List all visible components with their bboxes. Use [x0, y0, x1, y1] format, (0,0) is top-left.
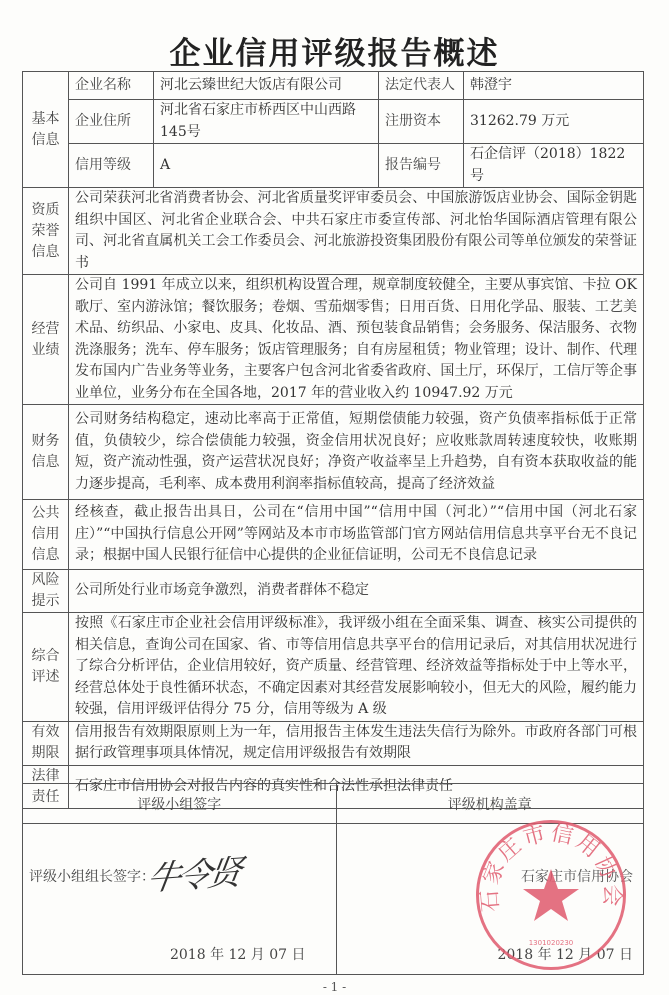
section-label-financial-info: 财务信息 — [23, 405, 69, 500]
signature-header-right: 评级机构盖章 — [336, 784, 644, 824]
field-label-address: 企业住所 — [69, 100, 154, 144]
table-row: 风险提示 公司所处行业市场竞争激烈，消费者群体不稳定 — [23, 570, 644, 613]
field-label-registered-capital: 注册资本 — [379, 100, 464, 144]
org-name: 石家庄市信用协会 — [521, 866, 633, 886]
credit-grade-value: A — [154, 144, 379, 188]
section-label-summary: 综合评述 — [23, 613, 69, 722]
signature-date: 2018 年 12 月 07 日 — [170, 944, 306, 964]
business-performance-text: 公司自 1991 年成立以来，组织机构设置合理，规章制度较健全，主要从事宾馆、卡… — [69, 275, 644, 405]
table-row: 基本信息 企业名称 河北云臻世纪大饭店有限公司 法定代表人 韩澄宇 — [23, 72, 644, 100]
org-stamp-cell: 石家庄市信用协会 2018 年 12 月 07 日 — [336, 824, 644, 975]
registered-capital-value: 31262.79 万元 — [464, 100, 644, 144]
field-label-legal-rep: 法定代表人 — [379, 72, 464, 100]
section-label-risk: 风险提示 — [23, 570, 69, 613]
qualifications-text: 公司荣获河北省消费者协会、河北省质量奖评审委员会、中国旅游饭店业协会、国际金钥匙… — [69, 188, 644, 275]
page-number: - 1 - — [0, 980, 669, 994]
risk-text: 公司所处行业市场竞争激烈，消费者群体不稳定 — [69, 570, 644, 613]
table-row: 有效期限 信用报告有效期限原则上为一年，信用报告主体发生违法失信行为除外。市政府… — [23, 721, 644, 765]
signature-header-left: 评级小组签字 — [23, 784, 337, 824]
table-row: 财务信息 公司财务结构稳定，速动比率高于正常值，短期偿债能力较强，资产负债率指标… — [23, 405, 644, 500]
section-label-basic-info: 基本信息 — [23, 72, 69, 188]
field-label-company-name: 企业名称 — [69, 72, 154, 100]
handwritten-signature: 牛令贤 — [144, 845, 242, 900]
legal-rep-value: 韩澄宇 — [464, 72, 644, 100]
report-table: 基本信息 企业名称 河北云臻世纪大饭店有限公司 法定代表人 韩澄宇 企业住所 河… — [22, 71, 644, 809]
section-label-qualifications: 资质荣誉信息 — [23, 188, 69, 275]
address-value: 河北省石家庄市桥西区中山西路145号 — [154, 100, 379, 144]
validity-text: 信用报告有效期限原则上为一年，信用报告主体发生违法失信行为除外。市政府各部门可根… — [69, 721, 644, 765]
financial-info-text: 公司财务结构稳定，速动比率高于正常值，短期偿债能力较强，资产负债率指标低于正常值… — [69, 405, 644, 500]
table-row: 经营业绩 公司自 1991 年成立以来，组织机构设置合理，规章制度较健全，主要从… — [23, 275, 644, 405]
signature-table: 评级小组签字 评级机构盖章 评级小组组长签字： 牛令贤 2018 年 12 月 … — [22, 783, 644, 975]
stamp-date: 2018 年 12 月 07 日 — [497, 944, 633, 964]
section-label-public-credit: 公共信用信息 — [23, 500, 69, 570]
table-row: 企业住所 河北省石家庄市桥西区中山西路145号 注册资本 31262.79 万元 — [23, 100, 644, 144]
table-row: 综合评述 按照《石家庄市企业社会信用评级标准》，我评级小组在全面采集、调查、核实… — [23, 613, 644, 722]
company-name-value: 河北云臻世纪大饭店有限公司 — [154, 72, 379, 100]
section-label-validity: 有效期限 — [23, 721, 69, 765]
field-label-credit-grade: 信用等级 — [69, 144, 154, 188]
table-row: 信用等级 A 报告编号 石企信评（2018）1822 号 — [23, 144, 644, 188]
leader-signature-label: 评级小组组长签字： — [29, 866, 155, 886]
summary-text: 按照《石家庄市企业社会信用评级标准》，我评级小组在全面采集、调查、核实公司提供的… — [69, 613, 644, 722]
page-title: 企业信用评级报告概述 — [0, 28, 669, 73]
report-number-value: 石企信评（2018）1822 号 — [464, 144, 644, 188]
table-row: 资质荣誉信息 公司荣获河北省消费者协会、河北省质量奖评审委员会、中国旅游饭店业协… — [23, 188, 644, 275]
table-row: 公共信用信息 经核查，截止报告出具日，公司在“信用中国”“信用中国（河北）”“信… — [23, 500, 644, 570]
public-credit-text: 经核查，截止报告出具日，公司在“信用中国”“信用中国（河北）”“信用中国（河北石… — [69, 500, 644, 570]
field-label-report-number: 报告编号 — [379, 144, 464, 188]
section-label-business-performance: 经营业绩 — [23, 275, 69, 405]
leader-signature-cell: 评级小组组长签字： 牛令贤 2018 年 12 月 07 日 — [23, 824, 337, 975]
